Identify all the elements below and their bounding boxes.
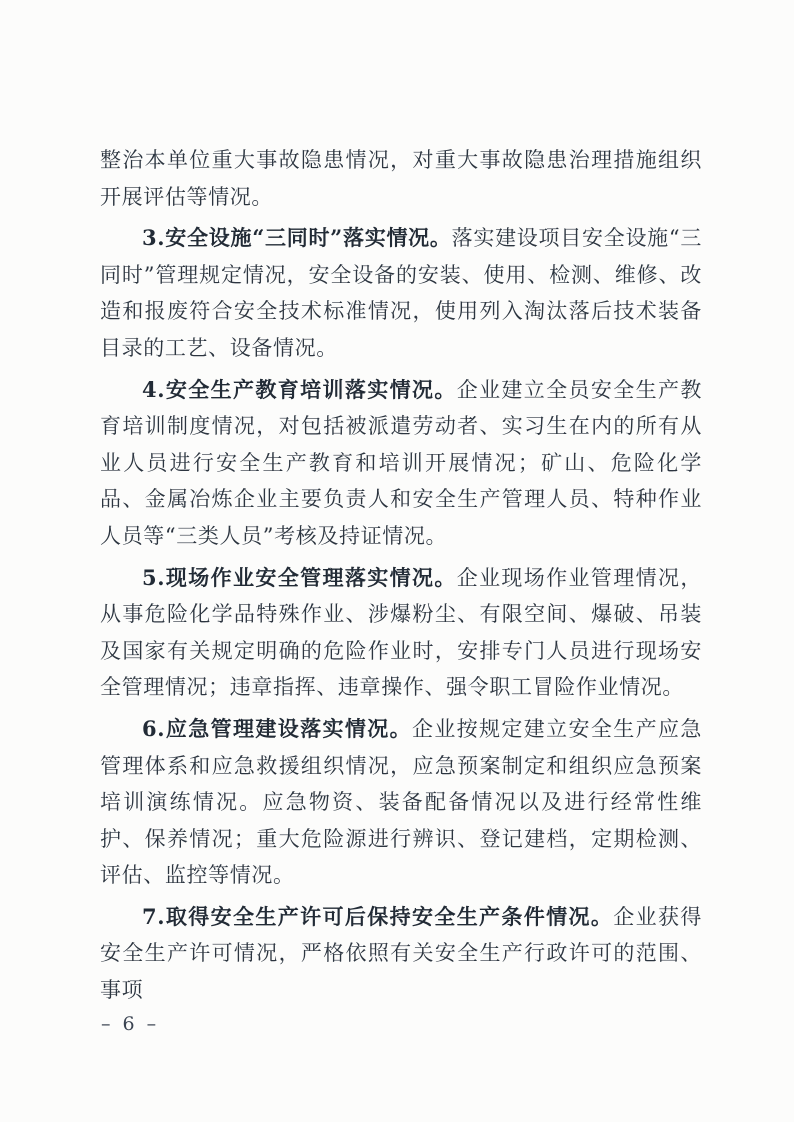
paragraph-item-7: 7.取得安全生产许可后保持安全生产条件情况。企业获得安全生产许可情况，严格依照有… [100, 899, 702, 1009]
paragraph-lead: 4.安全生产教育培训落实情况。 [142, 377, 457, 402]
paragraph-item-3: 3.安全设施“三同时”落实情况。落实建设项目安全设施“三同时”管理规定情况，安全… [100, 220, 702, 366]
paragraph-lead: 3.安全设施“三同时”落实情况。 [142, 225, 452, 250]
paragraph-lead: 7.取得安全生产许可后保持安全生产条件情况。 [142, 904, 613, 929]
paragraph-item-6: 6.应急管理建设落实情况。企业按规定建立安全生产应急管理体系和应急救援组织情况，… [100, 711, 702, 894]
paragraph-lead: 5.现场作业安全管理落实情况。 [142, 565, 457, 590]
paragraph-continuation: 整治本单位重大事故隐患情况，对重大事故隐患治理措施组织开展评估等情况。 [100, 142, 702, 215]
paragraph-body: 企业按规定建立安全生产应急管理体系和应急救援组织情况，应急预案制定和组织应急预案… [100, 717, 702, 887]
paragraph-item-5: 5.现场作业安全管理落实情况。企业现场作业管理情况，从事危险化学品特殊作业、涉爆… [100, 560, 702, 706]
page-number: – 6 – [101, 1013, 159, 1035]
scanned-document-page: 整治本单位重大事故隐患情况，对重大事故隐患治理措施组织开展评估等情况。 3.安全… [0, 0, 794, 1122]
paragraph-lead: 6.应急管理建设落实情况。 [142, 716, 412, 741]
paragraph-item-4: 4.安全生产教育培训落实情况。企业建立全员安全生产教育培训制度情况，对包括被派遣… [100, 372, 702, 555]
paragraph-body: 整治本单位重大事故隐患情况，对重大事故隐患治理措施组织开展评估等情况。 [100, 148, 702, 209]
paragraph-body: 企业建立全员安全生产教育培训制度情况，对包括被派遣劳动者、实习生在内的所有从业人… [100, 378, 702, 548]
document-content: 整治本单位重大事故隐患情况，对重大事故隐患治理措施组织开展评估等情况。 3.安全… [100, 142, 702, 1014]
